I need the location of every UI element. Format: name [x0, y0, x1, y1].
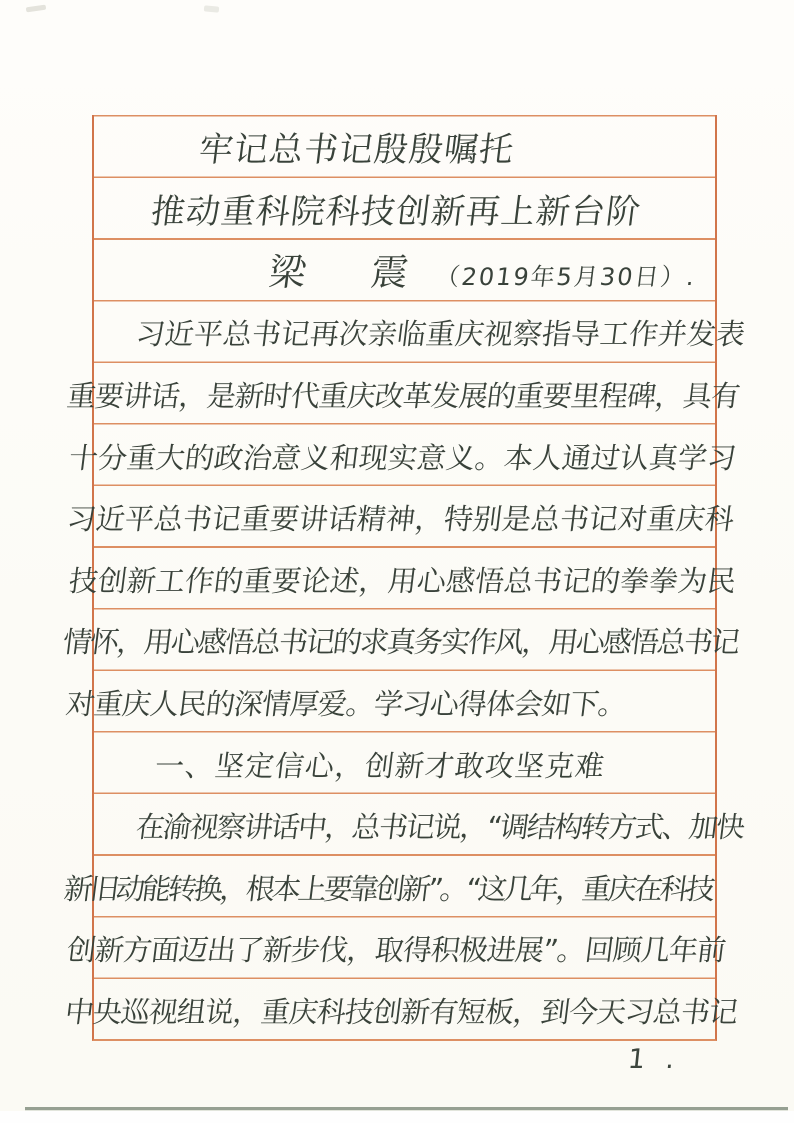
handwritten-line: 中央巡视组说，重庆科技创新有短板，到今天习总书记: [62, 987, 740, 1037]
scan-artifact: [26, 5, 47, 13]
page-number: 1 .: [626, 1044, 682, 1075]
byline-date: （2019年5月30日）.: [434, 263, 698, 291]
paper-edge-shadow: [25, 1107, 788, 1110]
handwritten-line: 在渝视察讲话中，总书记说，“调结构转方式、加快: [133, 802, 746, 852]
title-line-1: 牢记总书记殷殷嘱托: [196, 125, 517, 175]
handwritten-line: 重要讲话，是新时代重庆改革发展的重要里程碑，具有: [64, 371, 742, 421]
title-line-2: 推动重科院科技创新再上新台阶: [148, 187, 644, 237]
author-name: 梁 震: [266, 251, 424, 294]
byline: 梁 震（2019年5月30日）.: [266, 248, 700, 298]
section-heading-line: 一、坚定信心，创新才敢攻坚克难: [152, 741, 608, 791]
handwritten-line: 十分重大的政治意义和现实意义。本人通过认真学习: [66, 433, 739, 483]
handwritten-line: 技创新工作的重要论述，用心感悟总书记的拳拳为民: [66, 556, 739, 606]
handwritten-line: 习近平总书记重要讲话精神，特别是总书记对重庆科: [64, 494, 737, 544]
handwritten-line: 习近平总书记再次亲临重庆视察指导工作并发表: [133, 309, 748, 359]
handwritten-line: 对重庆人民的深情厚爱。学习心得体会如下。: [63, 679, 629, 729]
handwritten-line: 创新方面迈出了新步伐，取得积极进展”。回顾几年前: [64, 925, 728, 975]
handwritten-line: 情怀，用心感悟总书记的求真务实作风，用心感悟总书记: [60, 617, 741, 667]
handwritten-line: 新旧动能转换，根本上要靠创新”。“这几年，重庆在科技: [61, 864, 715, 914]
scan-artifact: [204, 5, 219, 12]
scanned-page: 牢记总书记殷殷嘱托 推动重科院科技创新再上新台阶 梁 震（2019年5月30日）…: [0, 0, 794, 1123]
scan-background-strip: [0, 1111, 794, 1123]
